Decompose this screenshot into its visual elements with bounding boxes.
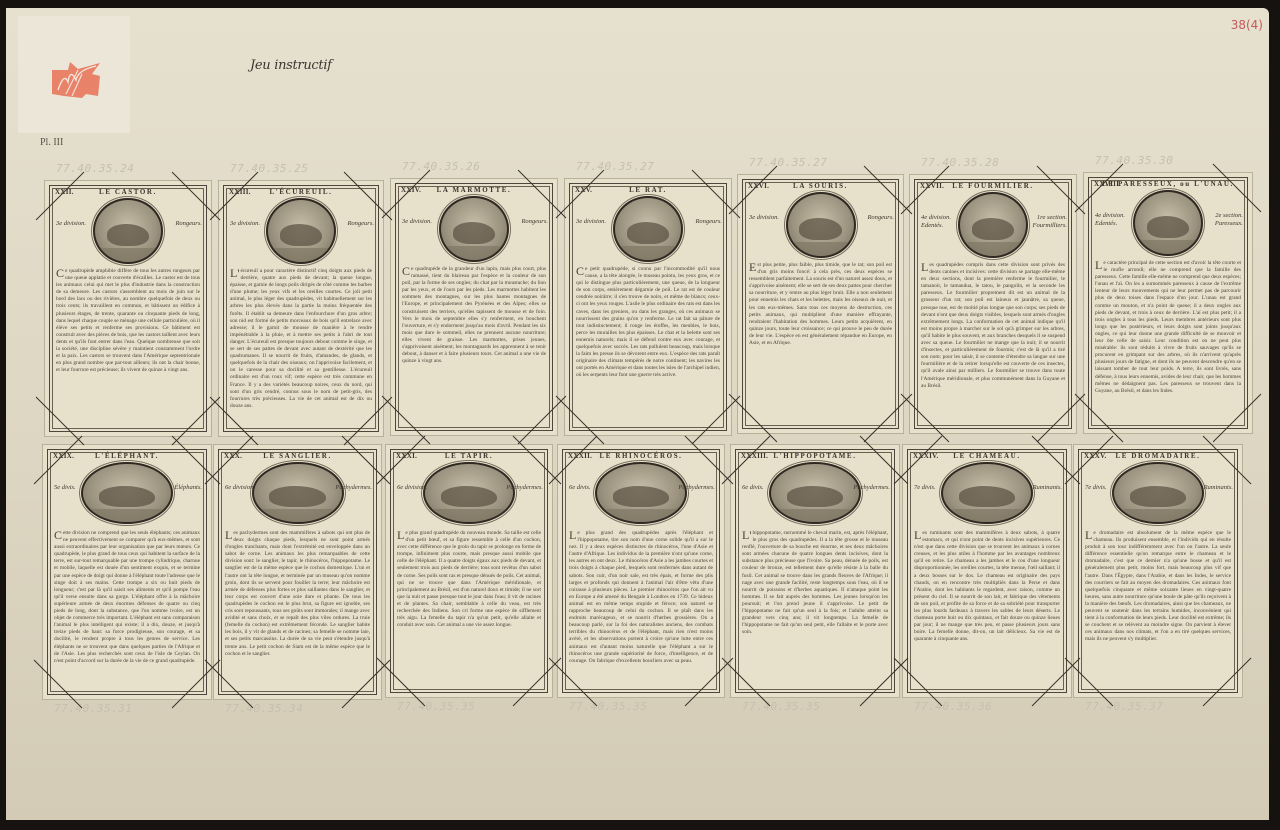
engraving-medallion <box>958 192 1028 258</box>
animal-engraving-icon <box>1147 216 1189 238</box>
landscape-ground <box>425 509 513 522</box>
division-label: 3e division. <box>230 220 268 228</box>
landscape-ground <box>943 509 1031 522</box>
landscape-ground <box>1135 240 1201 254</box>
animal-engraving-icon <box>627 222 669 244</box>
engraving-medallion <box>595 462 687 524</box>
card-title: L'HIPPOPOTAME. <box>730 452 900 460</box>
animal-engraving-icon <box>107 224 149 246</box>
order-label: 2e section. Paresseux. <box>1205 212 1243 228</box>
engraving-medallion <box>439 196 509 262</box>
stamp-panel <box>18 16 130 133</box>
engraving-medallion <box>423 462 515 524</box>
inventory-number: 77.40.35.28 <box>921 156 999 169</box>
inventory-number: 77.40.35.34 <box>225 702 303 715</box>
animal-engraving-icon <box>972 218 1014 240</box>
landscape-ground <box>95 248 161 262</box>
engraving-medallion <box>1133 190 1203 256</box>
landscape-ground <box>771 509 859 522</box>
engraving-medallion <box>769 462 861 524</box>
inventory-number: 77.40.35.31 <box>54 702 132 715</box>
inventory-number: 77.40.35.27 <box>576 160 654 173</box>
card-description: Les pachydermes sont des mammifères à sa… <box>225 530 370 688</box>
card-description: Est plus petite, plus faible, plus timid… <box>749 262 892 422</box>
engraving-medallion <box>1112 462 1204 524</box>
card-title: LE PARESSEUX, ou L'UNAU. <box>1083 180 1253 188</box>
inventory-number: 77.40.35.37 <box>1085 700 1163 713</box>
animal-card: XXXII. LE RHINOCÉROS. 6e divis. Pachyder… <box>557 444 725 698</box>
page-number: 38(4) <box>1231 18 1263 32</box>
landscape-ground <box>268 248 334 262</box>
landscape-ground <box>441 246 507 260</box>
order-label: Pachydermes. <box>505 484 543 492</box>
animal-engraving-icon <box>280 224 322 246</box>
card-title: LE FOURMILIER. <box>909 182 1077 190</box>
engraving-medallion <box>613 196 683 262</box>
landscape-ground <box>254 509 342 522</box>
division-label: 7e divis. <box>1085 484 1123 492</box>
order-label: Ruminants. <box>1024 484 1062 492</box>
inventory-number: 77.40.35.26 <box>402 160 480 173</box>
card-description: Ce quadrupède amphibie diffère de tous l… <box>56 268 200 425</box>
animal-engraving-icon <box>1130 486 1186 507</box>
order-label: Pachydermes. <box>677 484 715 492</box>
animal-card: XXXV. LE DROMADAIRE. 7e divis. Ruminants… <box>1073 444 1243 698</box>
card-title: LE RHINOCÉROS. <box>557 452 725 460</box>
inventory-number: 77.40.35.35 <box>569 700 647 713</box>
animal-engraving-icon <box>99 486 155 507</box>
order-label: Éléphants. <box>164 484 202 492</box>
card-title: LE TAPIR. <box>385 452 553 460</box>
card-title: LE CHAMEAU. <box>902 452 1072 460</box>
card-description: Le plus grand quadrupède du nouveau mond… <box>397 530 541 686</box>
card-title: L'ÉLÉPHANT. <box>42 452 212 460</box>
animal-card: XXX. LE SANGLIER. 6e division. Pachyderm… <box>213 444 382 700</box>
inventory-number: 77.40.35.36 <box>914 700 992 713</box>
animal-card: XXVII. LE FOURMILIER. 4e division. Edent… <box>909 174 1077 434</box>
division-label: 6e division. <box>225 484 263 492</box>
handwritten-note: Jeu instructif <box>250 58 332 73</box>
engraving-medallion <box>786 192 856 258</box>
division-label: 6e divis. <box>569 484 607 492</box>
card-description: Le plus grand des quadrupèdes après l'él… <box>569 530 713 686</box>
order-label: 1re section. Fourmilliers. <box>1029 214 1067 230</box>
order-label: Ruminants. <box>1195 484 1233 492</box>
card-title: LE SANGLIER. <box>213 452 382 460</box>
museum-stamp-icon <box>48 60 104 100</box>
order-label: Rongeurs. <box>684 218 722 226</box>
division-label: 4e division. Edentés. <box>1095 212 1133 228</box>
order-label: Rongeurs. <box>856 214 894 222</box>
card-title: L'ÉCUREUIL. <box>218 188 384 196</box>
animal-engraving-icon <box>453 222 495 244</box>
engraving-medallion <box>252 462 344 524</box>
card-description: Le caractère principal de cette section … <box>1095 260 1241 422</box>
card-description: L'écureuil a pour caractère distinctif c… <box>230 268 372 425</box>
landscape-ground <box>597 509 685 522</box>
division-label: 3e division. <box>56 220 94 228</box>
inventory-number: 77.40.35.30 <box>1095 154 1173 167</box>
plate-label: Pl. III <box>40 137 63 148</box>
landscape-ground <box>960 242 1026 256</box>
engraving-medallion <box>81 462 173 524</box>
animal-card: XXXI. LE TAPIR. 6e division. Pachydermes… <box>385 444 553 698</box>
card-title: LE CASTOR. <box>44 188 212 196</box>
animal-engraving-icon <box>787 486 843 507</box>
division-label: 3e division. <box>576 218 614 226</box>
inventory-number: 77.40.35.25 <box>230 162 308 175</box>
animal-engraving-icon <box>269 486 325 507</box>
animal-engraving-icon <box>441 486 497 507</box>
order-label: Rongeurs. <box>164 220 202 228</box>
animal-card: XXVIII. LE PARESSEUX, ou L'UNAU. 4e divi… <box>1083 172 1253 434</box>
division-label: 4e division. Edentés. <box>921 214 959 230</box>
division-label: 7e divis. <box>914 484 952 492</box>
landscape-ground <box>83 509 171 522</box>
landscape-ground <box>1114 509 1202 522</box>
inventory-number: 77.40.35.35 <box>397 700 475 713</box>
order-label: Pachydermes. <box>852 484 890 492</box>
engraving-medallion <box>93 198 163 264</box>
animal-card: XXIII. L'ÉCUREUIL. 3e division. Rongeurs… <box>218 180 384 437</box>
animal-card: XXXIII. L'HIPPOPOTAME. 6e divis. Pachyde… <box>730 444 900 698</box>
animal-engraving-icon <box>799 218 841 240</box>
order-label: Rongeurs. <box>510 218 548 226</box>
animal-engraving-icon <box>959 486 1015 507</box>
division-label: 6e divis. <box>742 484 780 492</box>
order-label: Rongeurs. <box>336 220 374 228</box>
order-label: Pachydermes. <box>334 484 372 492</box>
inventory-number: 77.40.35.27 <box>749 156 827 169</box>
card-description: Cette division ne comprend que les seuls… <box>54 530 200 688</box>
card-description: Ce quadrupède de la grandeur d'un lapin,… <box>402 266 546 424</box>
division-label: 6e division. <box>397 484 435 492</box>
animal-card: XXIV. LA MARMOTTE. 3e division. Rongeurs… <box>390 178 558 436</box>
card-description: Ce petit quadrupède, si connu par l'inco… <box>576 266 720 424</box>
card-title: LA SOURIS. <box>737 182 904 190</box>
engraving-medallion <box>266 198 336 264</box>
division-label: 5e divis. <box>54 484 92 492</box>
card-title: LA MARMOTTE. <box>390 186 558 194</box>
landscape-ground <box>788 242 854 256</box>
engraving-medallion <box>941 462 1033 524</box>
landscape-ground <box>615 246 681 260</box>
inventory-number: 77.40.35.24 <box>56 162 134 175</box>
animal-card: XXIX. L'ÉLÉPHANT. 5e divis. Éléphants. C… <box>42 444 212 700</box>
card-description: L'hippopotame, surnommé le cheval marin,… <box>742 530 888 686</box>
card-title: LE DROMADAIRE. <box>1073 452 1243 460</box>
animal-engraving-icon <box>613 486 669 507</box>
card-description: Les ruminants sont des mammifères à deux… <box>914 530 1060 686</box>
division-label: 3e division. <box>749 214 787 222</box>
animal-card: XXII. LE CASTOR. 3e division. Rongeurs. … <box>44 180 212 437</box>
card-title: LE RAT. <box>564 186 732 194</box>
inventory-number: 77.40.35.35 <box>742 700 820 713</box>
division-label: 3e division. <box>402 218 440 226</box>
animal-card: XXVI. LA SOURIS. 3e division. Rongeurs. … <box>737 174 904 434</box>
animal-card: XXV. LE RAT. 3e division. Rongeurs. Ce p… <box>564 178 732 436</box>
animal-card: XXXIV. LE CHAMEAU. 7e divis. Ruminants. … <box>902 444 1072 698</box>
card-description: Le dromadaire est absolument de la même … <box>1085 530 1231 686</box>
card-description: Les quadrupèdes compris dans cette divis… <box>921 262 1065 422</box>
